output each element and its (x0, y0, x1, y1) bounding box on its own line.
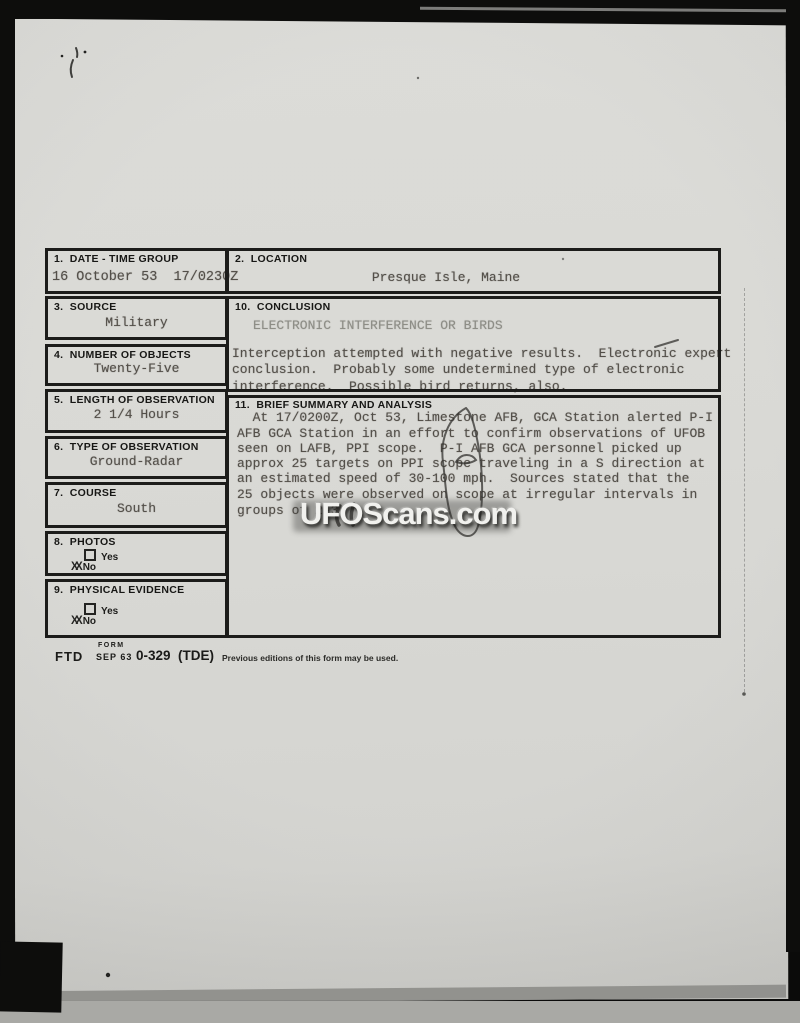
footer-note: Previous editions of this form may be us… (222, 653, 398, 663)
watermark-text: UFOScans.com (300, 496, 517, 532)
cell-number-of-objects (45, 344, 228, 386)
cell-physical-evidence (45, 579, 228, 638)
footer-agency: FTD (55, 649, 83, 664)
scanned-page: 1. DATE - TIME GROUP 2. LOCATION 3. SOUR… (0, 0, 800, 1023)
scan-border-left (0, 0, 15, 1005)
cell-conclusion (226, 296, 721, 392)
cell-course (45, 482, 228, 528)
cell-date-time-group (45, 248, 228, 294)
cell-length-of-observation (45, 389, 228, 433)
cell-source (45, 296, 228, 340)
scanner-bed (0, 1001, 800, 1023)
fold-crease-line (744, 288, 745, 692)
footer-form-number: 0-329 (TDE) (136, 648, 214, 663)
cell-photos (45, 531, 228, 576)
footer-edition-date: SEP 63 (96, 652, 132, 662)
cell-type-of-observation (45, 436, 228, 479)
scan-border-right (786, 0, 800, 952)
cell-location (226, 248, 721, 294)
footer-form-word: FORM (98, 642, 125, 649)
scan-border-corner (0, 941, 63, 1012)
